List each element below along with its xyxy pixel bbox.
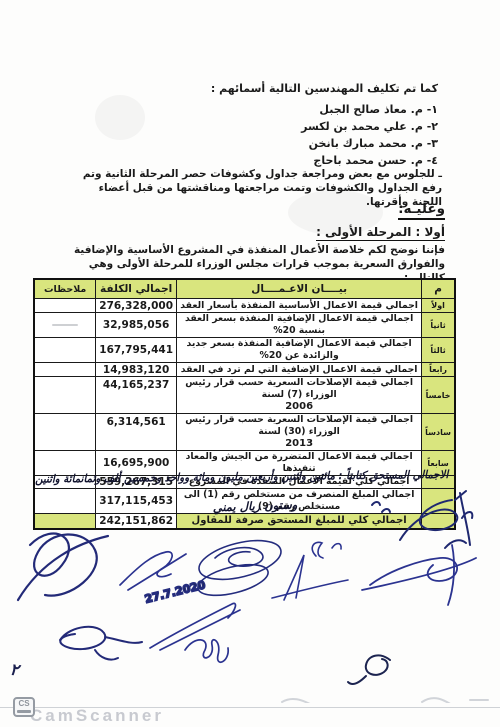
first-stage-heading: أولا : المرحلة الأولى : <box>316 225 445 241</box>
row-desc: اجمالي قيمة الاعمال الأساسية المنفذة بأس… <box>177 299 422 313</box>
col-header-cost: اجمالي الكلفة <box>96 279 177 299</box>
row-desc-text: اجمالي قيمة الإصلاحات السعرية حسب قرار ر… <box>185 414 413 437</box>
row-desc: اجمالي قيمة الإصلاحات السعرية حسب قرار ر… <box>177 414 422 451</box>
row-desc: اجمالي قيمة الاعمال الإضافية المنفذة بسع… <box>177 338 422 363</box>
handwritten-page-number: ٢ <box>9 660 20 680</box>
row-year: 2013 <box>180 438 418 450</box>
table-row: ثانياً اجمالي قيمة الاعمال الإضافية المن… <box>34 313 455 338</box>
pen-dash-mark <box>52 324 78 326</box>
therefore-heading: وعليـه: <box>398 201 445 220</box>
row-notes <box>34 414 96 451</box>
row-desc: اجمالي قيمة الاعمال الإضافية التي لم ترد… <box>177 363 422 377</box>
handwritten-sad-mark <box>348 655 390 684</box>
row-cost: 276,328,000 <box>96 299 177 313</box>
table-row: ثالثاً اجمالي قيمة الاعمال الإضافية المن… <box>34 338 455 363</box>
signature-date-stamp: 27.7.2020 <box>143 533 284 606</box>
row-serial: ثالثاً <box>422 338 455 363</box>
table-header-row: م بيــــان الاعـمــــال اجمالي الكلفة مل… <box>34 279 455 299</box>
table-row: سادساً اجمالي قيمة الإصلاحات السعرية حسب… <box>34 414 455 451</box>
row-notes <box>34 313 96 338</box>
table-row: خامساً اجمالي قيمة الإصلاحات السعرية حسب… <box>34 377 455 414</box>
table-row: اولاً اجمالي قيمة الاعمال الأساسية المنف… <box>34 299 455 313</box>
row-cost: 6,314,561 <box>96 414 177 451</box>
row-desc: اجمالي قيمة الإصلاحات السعرية حسب قرار ر… <box>177 377 422 414</box>
scan-smudge <box>95 95 145 140</box>
signature-lower-left <box>60 627 142 660</box>
signature-lower-middle <box>150 603 240 662</box>
row-cost: 32,985,056 <box>96 313 177 338</box>
row-cost: 167,795,441 <box>96 338 177 363</box>
row-year: 2006 <box>180 401 418 413</box>
meeting-paragraph: ـ للجلوس مع بعض ومراجعة جداول وكشوفات حص… <box>66 167 442 209</box>
camscanner-watermark-text: CamScanner <box>30 706 164 726</box>
signature-date-text: 27.7.2020 <box>143 578 207 606</box>
row-serial: خامساً <box>422 377 455 414</box>
row-serial: اولاً <box>422 299 455 313</box>
row-notes <box>34 299 96 313</box>
camscanner-logo-icon: CS <box>13 697 35 717</box>
engineer-list: ١- م. معاذ صالح الجبل ٢- م. علي محمد بن … <box>301 101 438 169</box>
engineer-item: ٣- م. محمد مبارك بانخن <box>301 135 438 152</box>
row-serial: ثانياً <box>422 313 455 338</box>
assignment-intro: كما تم تكليف المهندسين التالية أسمائهم : <box>211 82 438 95</box>
engineer-item: ١- م. معاذ صالح الجبل <box>301 101 438 118</box>
row-desc-text: اجمالي قيمة الإصلاحات السعرية حسب قرار ر… <box>185 377 413 400</box>
row-serial: رابعاً <box>422 363 455 377</box>
col-header-works: بيــــان الاعـمــــال <box>177 279 422 299</box>
signatures-area: 27.7.2020 <box>0 488 500 703</box>
scanned-document-page: كما تم تكليف المهندسين التالية أسمائهم :… <box>0 0 500 727</box>
cs-logo-text: CS <box>18 699 29 709</box>
watermark-strip: CamScanner <box>0 702 500 727</box>
row-serial: سادساً <box>422 414 455 451</box>
signature-right <box>362 545 476 605</box>
signature-top-right <box>372 491 472 548</box>
table-row: رابعاً اجمالي قيمة الاعمال الإضافية التي… <box>34 363 455 377</box>
signature-left <box>18 534 108 600</box>
engineer-item: ٢- م. علي محمد بن لكسر <box>301 118 438 135</box>
row-notes <box>34 338 96 363</box>
signature-a-cu <box>272 542 348 600</box>
col-header-notes: ملاحظات <box>34 279 96 299</box>
row-cost: 44,165,237 <box>96 377 177 414</box>
row-notes <box>34 377 96 414</box>
row-notes <box>34 363 96 377</box>
row-desc: اجمالي قيمة الاعمال الإضافية المنفذة بسع… <box>177 313 422 338</box>
cs-logo-bar <box>17 710 31 713</box>
col-header-serial: م <box>422 279 455 299</box>
row-cost: 14,983,120 <box>96 363 177 377</box>
